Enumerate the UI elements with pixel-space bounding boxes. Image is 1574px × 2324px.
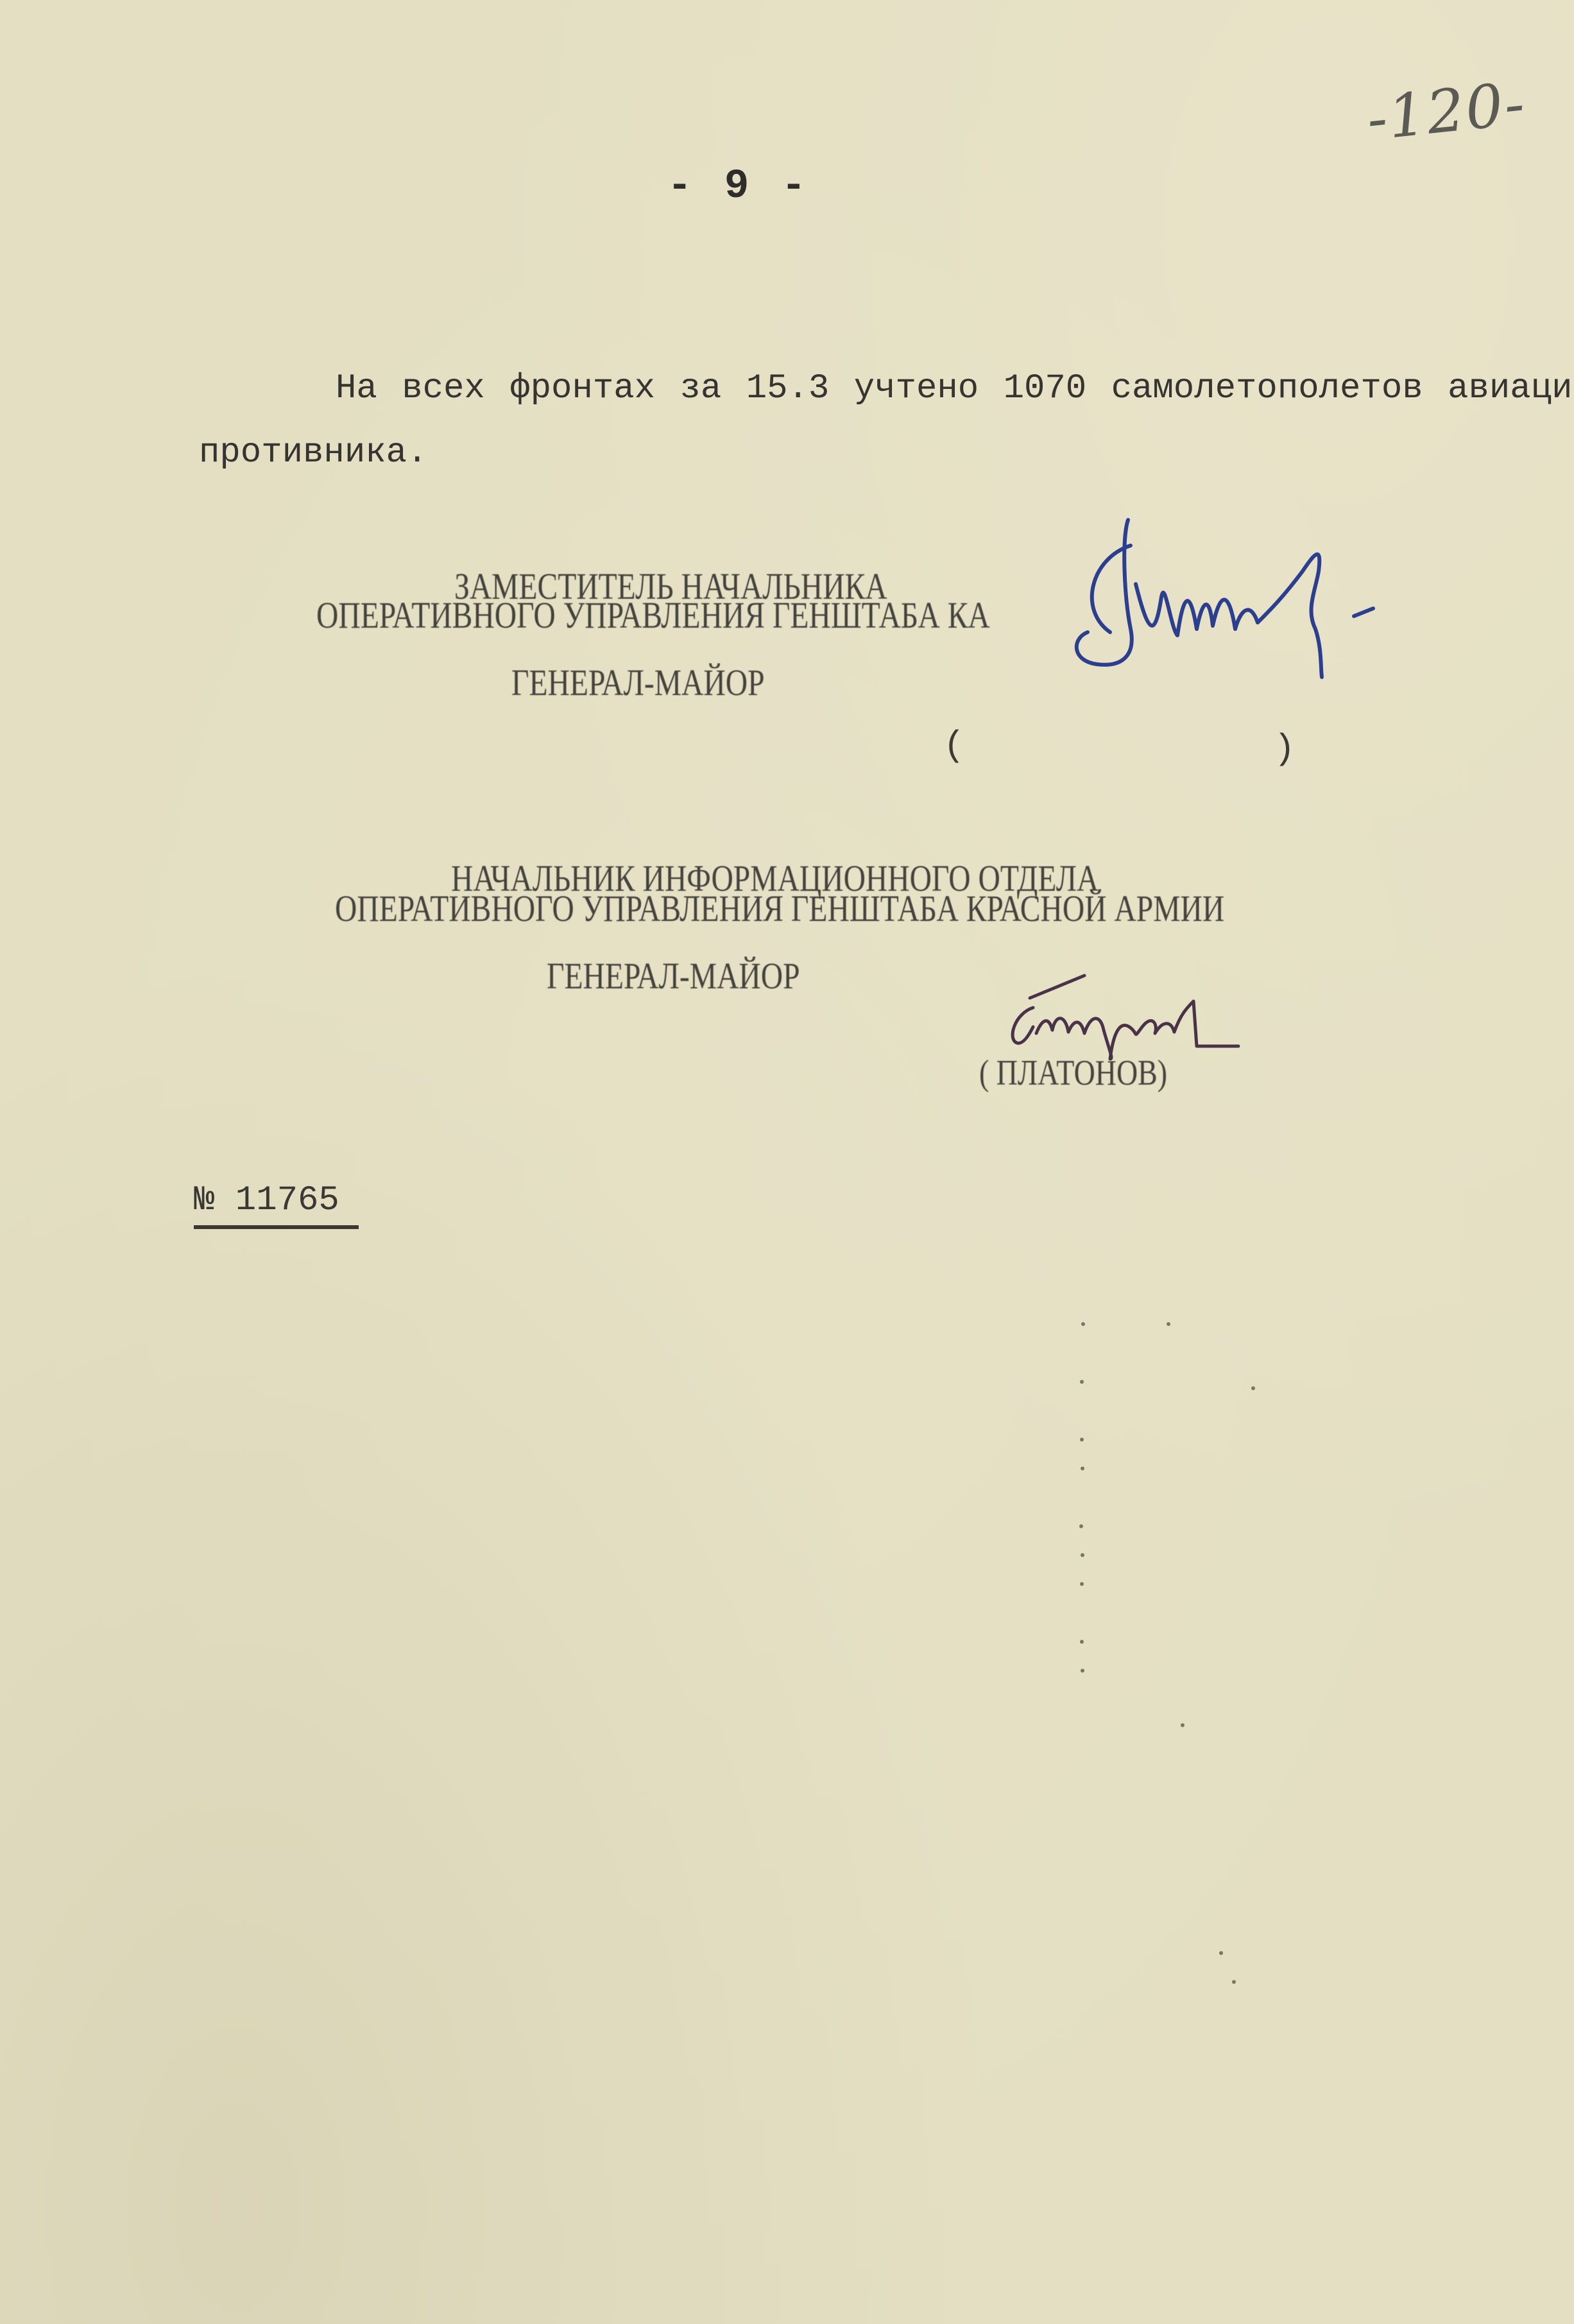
paper-background — [0, 0, 1574, 2324]
paper-speck — [1181, 1723, 1185, 1727]
signature-1-handwritten — [1052, 501, 1437, 687]
signatory-2-name: ( ПЛАТОНОВ) — [979, 1053, 1167, 1094]
paper-speck — [1251, 1386, 1255, 1390]
paper-speck — [1232, 1980, 1236, 1984]
paper-speck — [1219, 1951, 1223, 1955]
paper-speck — [1081, 1322, 1085, 1326]
paper-speck — [1080, 1640, 1084, 1644]
paper-speck — [1167, 1322, 1170, 1326]
signatory-1-name-paren-open: ( — [943, 725, 965, 766]
body-text-line-2: противника. — [199, 433, 427, 472]
body-text-line-1: На всех фронтах за 15.3 учтено 1070 само… — [336, 369, 1574, 408]
signatory-1-rank: ГЕНЕРАЛ-МАЙОР — [511, 661, 765, 704]
paper-speck — [1080, 1582, 1084, 1586]
signatory-2-title-line-2: ОПЕРАТИВНОГО УПРАВЛЕНИЯ ГЕНШТАБА КРАСНОЙ… — [335, 887, 1224, 930]
signatory-1-title-line-2: ОПЕРАТИВНОГО УПРАВЛЕНИЯ ГЕНШТАБА КА — [316, 594, 990, 637]
paper-speck — [1081, 1553, 1084, 1557]
signature-2-handwritten — [995, 963, 1380, 1065]
signatory-1-name-paren-close: ) — [1274, 728, 1296, 770]
signatory-2-rank: ГЕНЕРАЛ-МАЙОР — [547, 954, 800, 997]
page-number: - 9 - — [667, 164, 810, 210]
paper-speck — [1080, 1438, 1084, 1442]
paper-speck — [1080, 1380, 1084, 1384]
paper-speck — [1081, 1669, 1084, 1673]
document-number: № 11765 — [194, 1181, 359, 1229]
paper-speck — [1081, 1467, 1084, 1470]
paper-speck — [1079, 1524, 1083, 1528]
